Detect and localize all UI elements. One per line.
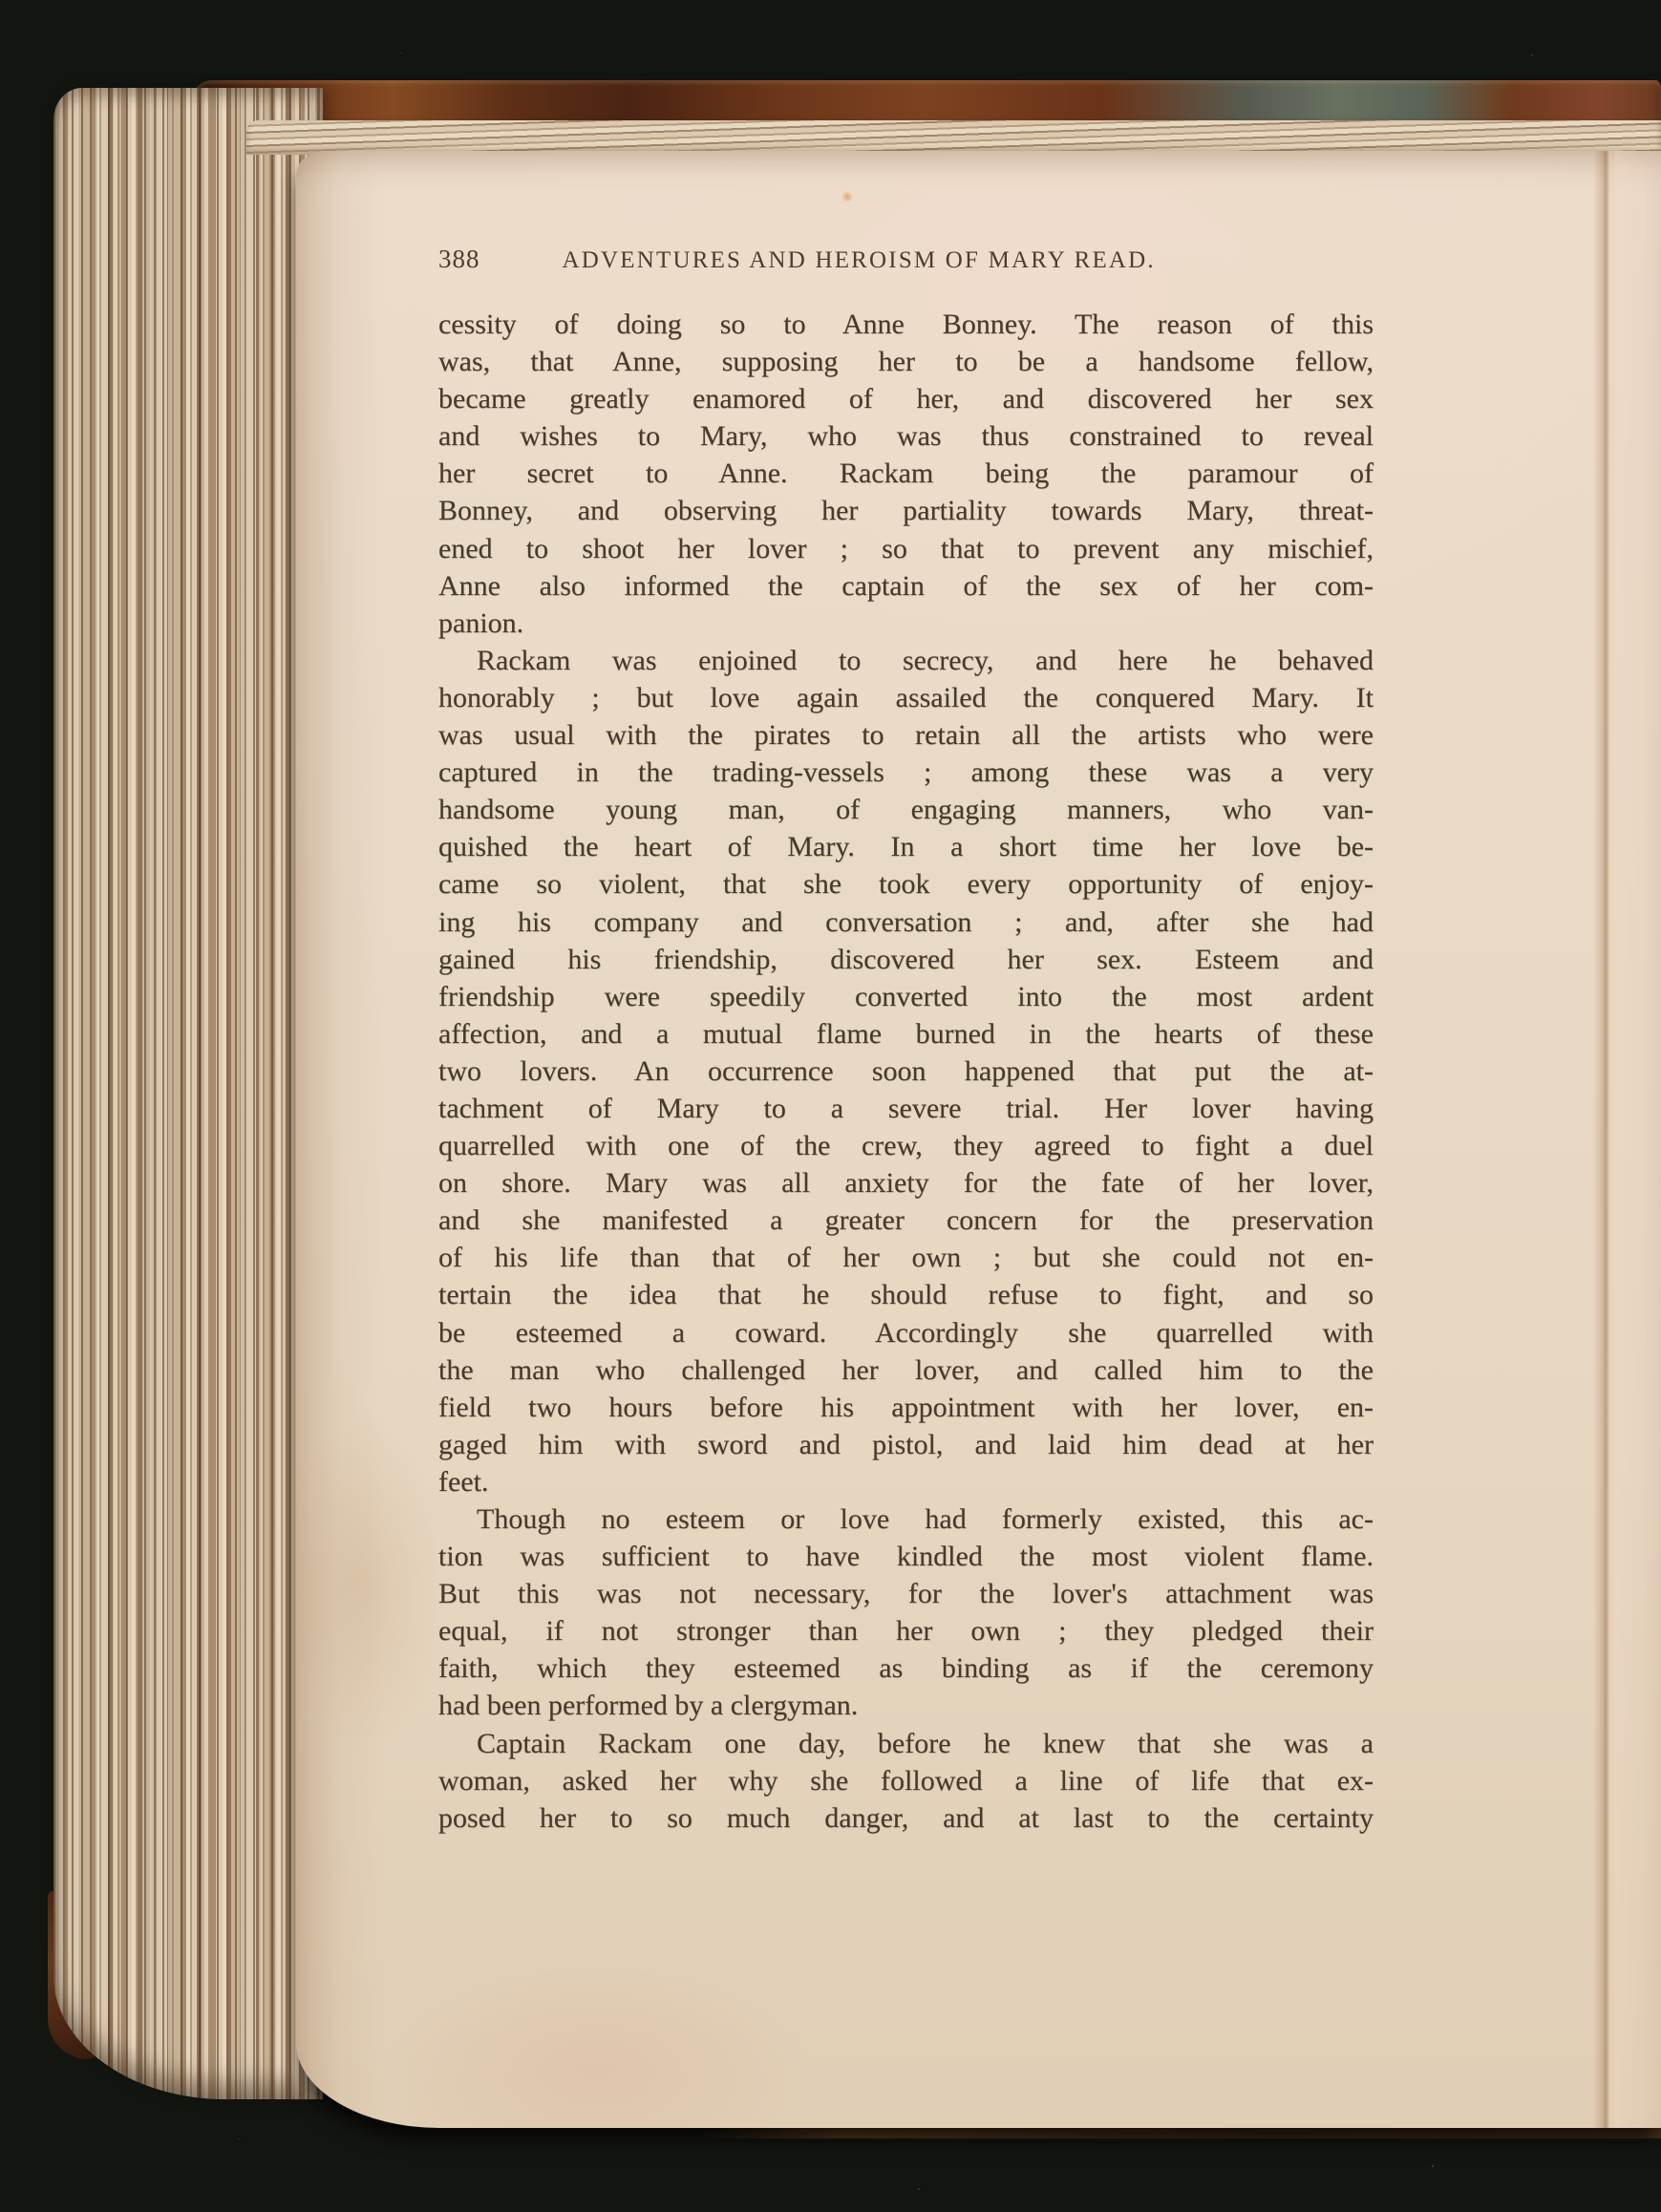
text-line: on shore. Mary was all anxiety for the f… bbox=[438, 1164, 1374, 1202]
page-crease bbox=[1593, 151, 1616, 2128]
text-line: was usual with the pirates to retain all… bbox=[438, 716, 1374, 754]
text-line: cessity of doing so to Anne Bonney. The … bbox=[438, 306, 1374, 343]
text-line: woman, asked her why she followed a line… bbox=[438, 1762, 1374, 1799]
page-fold-shading bbox=[1614, 151, 1661, 2128]
text-line: feet. bbox=[438, 1463, 1374, 1500]
running-header: 388 ADVENTURES AND HEROISM OF MARY READ. bbox=[296, 245, 1661, 275]
text-line: captured in the trading-vessels ; among … bbox=[438, 754, 1374, 791]
text-line: and wishes to Mary, who was thus constra… bbox=[438, 417, 1374, 455]
text-line: gained his friendship, discovered her se… bbox=[438, 941, 1374, 978]
page-stack-fore-edge bbox=[53, 88, 323, 2099]
text-line: of his life than that of her own ; but s… bbox=[438, 1239, 1374, 1276]
text-line: gaged him with sword and pistol, and lai… bbox=[438, 1426, 1374, 1463]
page-stack-top-edges bbox=[246, 120, 1661, 155]
page-text: cessity of doing so to Anne Bonney. The … bbox=[438, 306, 1374, 1837]
text-line: the man who challenged her lover, and ca… bbox=[438, 1351, 1374, 1389]
text-line: tion was sufficient to have kindled the … bbox=[438, 1538, 1374, 1575]
book-page: 388 ADVENTURES AND HEROISM OF MARY READ.… bbox=[296, 151, 1661, 2128]
photo-backdrop: 388 ADVENTURES AND HEROISM OF MARY READ.… bbox=[0, 0, 1661, 2212]
running-title: ADVENTURES AND HEROISM OF MARY READ. bbox=[563, 245, 1156, 275]
text-line: came so violent, that she took every opp… bbox=[438, 865, 1374, 903]
text-line: became greatly enamored of her, and disc… bbox=[438, 380, 1374, 417]
text-line: But this was not necessary, for the love… bbox=[438, 1575, 1374, 1612]
text-line: was, that Anne, supposing her to be a ha… bbox=[438, 343, 1374, 380]
text-line: Bonney, and observing her partiality tow… bbox=[438, 492, 1374, 529]
text-line: be esteemed a coward. Accordingly she qu… bbox=[438, 1314, 1374, 1351]
text-line: Rackam was enjoined to secrecy, and here… bbox=[438, 642, 1374, 679]
text-line: handsome young man, of engaging manners,… bbox=[438, 791, 1374, 828]
text-line: quarrelled with one of the crew, they ag… bbox=[438, 1127, 1374, 1164]
text-line: had been performed by a clergyman. bbox=[438, 1687, 1374, 1724]
text-line: affection, and a mutual flame burned in … bbox=[438, 1015, 1374, 1053]
text-line: tertain the idea that he should refuse t… bbox=[438, 1276, 1374, 1313]
text-line: friendship were speedily converted into … bbox=[438, 978, 1374, 1015]
text-line: equal, if not stronger than her own ; th… bbox=[438, 1612, 1374, 1649]
paragraph: Though no esteem or love had formerly ex… bbox=[438, 1500, 1374, 1725]
text-line: posed her to so much danger, and at last… bbox=[438, 1799, 1374, 1837]
text-line: field two hours before his appointment w… bbox=[438, 1389, 1374, 1426]
text-line: and she manifested a greater concern for… bbox=[438, 1202, 1374, 1239]
text-line: faith, which they esteemed as binding as… bbox=[438, 1649, 1374, 1687]
text-line: honorably ; but love again assailed the … bbox=[438, 679, 1374, 716]
text-line: Captain Rackam one day, before he knew t… bbox=[438, 1725, 1374, 1762]
page-number: 388 bbox=[438, 245, 480, 274]
paragraph: cessity of doing so to Anne Bonney. The … bbox=[438, 306, 1374, 642]
text-line: tachment of Mary to a severe trial. Her … bbox=[438, 1090, 1374, 1127]
paragraph: Captain Rackam one day, before he knew t… bbox=[438, 1725, 1374, 1837]
text-line: ened to shoot her lover ; so that to pre… bbox=[438, 530, 1374, 567]
text-line: quished the heart of Mary. In a short ti… bbox=[438, 828, 1374, 865]
text-line: panion. bbox=[438, 605, 1374, 642]
text-line: Though no esteem or love had formerly ex… bbox=[438, 1500, 1374, 1538]
text-line: two lovers. An occurrence soon happened … bbox=[438, 1053, 1374, 1090]
text-line: Anne also informed the captain of the se… bbox=[438, 567, 1374, 605]
text-line: ing his company and conversation ; and, … bbox=[438, 904, 1374, 941]
text-line: her secret to Anne. Rackam being the par… bbox=[438, 455, 1374, 492]
paragraph: Rackam was enjoined to secrecy, and here… bbox=[438, 642, 1374, 1500]
